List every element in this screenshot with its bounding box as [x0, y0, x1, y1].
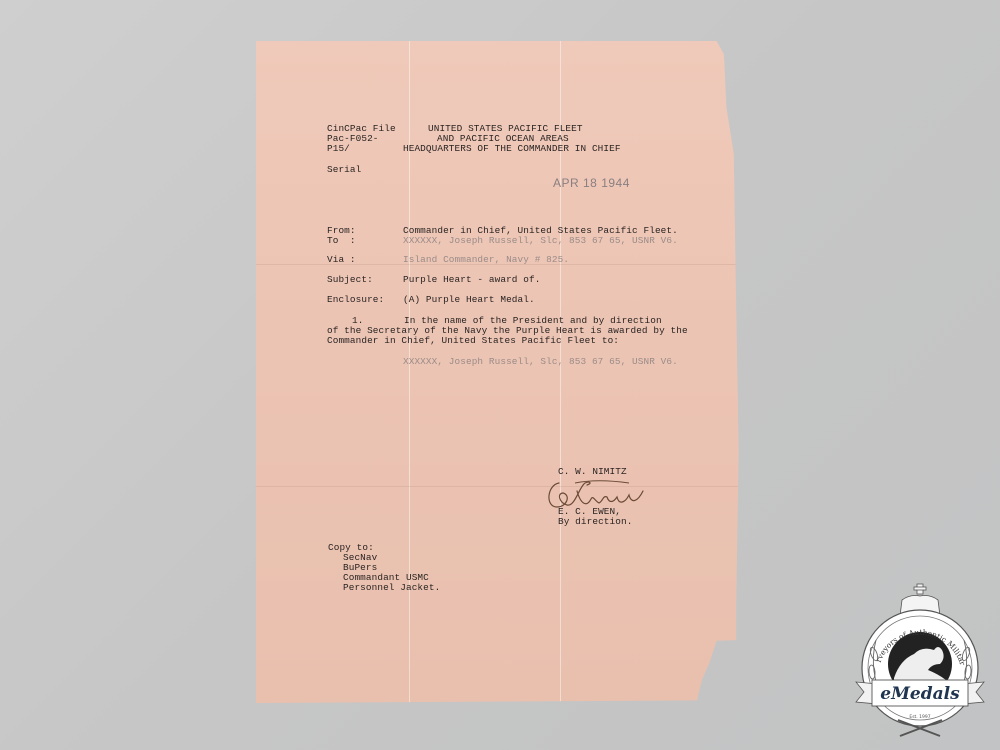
letterhead-line: HEADQUARTERS OF THE COMMANDER IN CHIEF — [403, 144, 621, 155]
field-label-enclosure: Enclosure: — [327, 295, 384, 306]
copy-to-item: Personnel Jacket. — [343, 583, 440, 594]
svg-text:Est. 1997: Est. 1997 — [909, 714, 930, 720]
emedals-watermark-logo: Purveyors of Authentic Militaria eMedals… — [848, 580, 992, 742]
brand-wordmark: eMedals — [880, 684, 960, 704]
signature-name-top: C. W. NIMITZ — [558, 467, 627, 478]
serial-label: Serial — [327, 165, 361, 176]
fold-line — [256, 486, 746, 487]
field-label-to: To : — [327, 236, 356, 247]
field-value-to: XXXXXX, Joseph Russell, Slc, 853 67 65, … — [403, 236, 678, 247]
field-label-via: Via : — [327, 255, 356, 266]
field-value-via: Island Commander, Navy # 825. — [403, 255, 569, 266]
file-ref-line: P15/ — [327, 144, 350, 155]
recipient-line: XXXXXX, Joseph Russell, Slc, 853 67 65, … — [403, 357, 678, 368]
field-value-enclosure: (A) Purple Heart Medal. — [403, 295, 535, 306]
fold-line — [409, 41, 410, 703]
date-stamp: APR 18 1944 — [553, 178, 630, 189]
field-value-subject: Purple Heart - award of. — [403, 275, 540, 286]
field-label-subject: Subject: — [327, 275, 373, 286]
paragraph-line: Commander in Chief, United States Pacifi… — [327, 336, 619, 347]
signature-by-direction: By direction. — [558, 517, 632, 528]
